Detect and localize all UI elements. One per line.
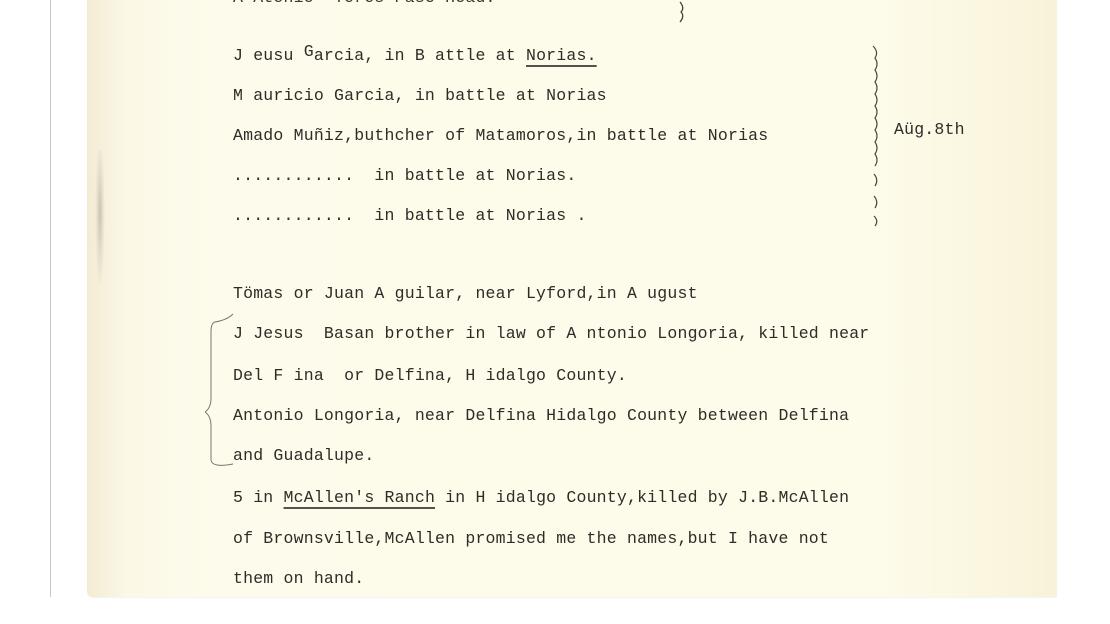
- typed-brace-right: [870, 40, 882, 230]
- entry-mcallen-ranch: 5 in McAllen's Ranch in H idalgo County,…: [233, 488, 849, 508]
- viewer-margin-line: [50, 0, 51, 597]
- entry-text-part: arcia, in B attle at: [314, 46, 526, 65]
- handwritten-brace-top: [677, 0, 687, 24]
- date-note-aug-8th: Aüg.8th: [894, 120, 965, 140]
- underlined-place-norias: Norias.: [526, 46, 597, 65]
- entry-on-hand: them on hand.: [233, 569, 364, 589]
- entry-tomas-juan-aguilar: Tömas or Juan A guilar, near Lyford,in A…: [233, 284, 698, 304]
- entry-antonio-longoria: Antonio Longoria, near Delfina Hidalgo C…: [233, 406, 849, 426]
- entry-text-part: 5 in: [233, 488, 284, 507]
- handwritten-brace-left: [205, 312, 235, 472]
- entry-amado-muniz: Amado Muñiz,buthcher of Matamoros,in bat…: [233, 126, 768, 146]
- entry-unnamed-2: ............ in battle at Norias .: [233, 206, 587, 226]
- entry-jesus-basan: J Jesus Basan brother in law of A ntonio…: [233, 324, 869, 344]
- entry-jesus-garcia: J eusu Garcia, in B attle at Norias.: [233, 46, 597, 66]
- entry-text-part: in H idalgo County,killed by J.B.McAllen: [435, 488, 849, 507]
- raised-letter: G: [304, 42, 314, 61]
- entry-name-part: J eusu: [233, 46, 304, 65]
- underlined-mcallens-ranch: McAllen's Ranch: [284, 488, 436, 507]
- entry-brownsville: of Brownsville,McAllen promised me the n…: [233, 529, 829, 549]
- entry-unnamed-1: ............ in battle at Norias.: [233, 166, 576, 186]
- document-viewer: A Atonio Toros Pase Head. J eusu Garcia,…: [0, 0, 1110, 624]
- entry-guadalupe: and Guadalupe.: [233, 446, 374, 466]
- entry-del-fina: Del F ina or Delfina, H idalgo County.: [233, 366, 627, 386]
- cut-off-heading-line: A Atonio Toros Pase Head.: [233, 0, 496, 8]
- typewritten-page: A Atonio Toros Pase Head. J eusu Garcia,…: [87, 0, 1057, 597]
- page-stain: [95, 150, 105, 290]
- entry-mauricio-garcia: M auricio Garcia, in battle at Norias: [233, 86, 607, 106]
